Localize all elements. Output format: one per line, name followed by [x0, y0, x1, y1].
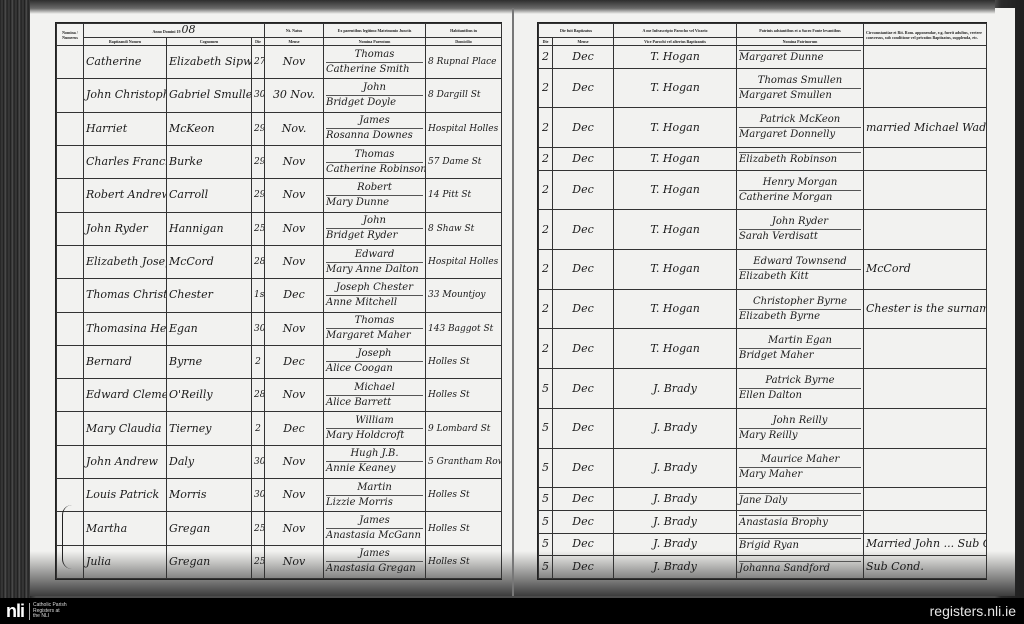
domicile: Holles St: [426, 545, 502, 578]
godfather-name: Patrick Byrne: [739, 375, 861, 389]
birth-month: Nov: [265, 312, 324, 345]
godfather-name: Patrick McKeon: [739, 114, 861, 128]
record-number: [57, 79, 84, 112]
domicile: Holles St: [426, 379, 502, 412]
baptism-record-row: Robert AndrewCarroll29NovRobertMary Dunn…: [57, 179, 502, 212]
header-cognomen: Cognomen: [167, 38, 252, 46]
baptism-month: Dec: [553, 170, 614, 210]
baptized-surname: Gregan: [167, 545, 252, 578]
birth-day: 30: [252, 479, 265, 512]
domicile: 57 Dame St: [426, 145, 502, 178]
left-page-ledger: Nomina / Numerus Anno Domini 19 08 Nt. N…: [55, 22, 502, 580]
birth-month: Nov: [265, 245, 324, 278]
baptized-surname: Carroll: [167, 179, 252, 212]
baptism-record-row: John ChristopherGabriel Smullen3030 Nov.…: [57, 79, 502, 112]
baptism-record-row: JuliaGregan25NovJamesAnastasia GreganHol…: [57, 545, 502, 578]
father-name: John: [326, 82, 423, 96]
mother-name: Mary Anne Dalton: [326, 263, 423, 276]
godmother-name: Bridget Maher: [739, 349, 861, 362]
minister-name: T. Hogan: [614, 108, 737, 148]
baptism-record-row: CatherineElizabeth Sipwell27NovThomasCat…: [57, 46, 502, 79]
baptism-day: 2: [539, 170, 553, 210]
godfather-name: Martin Egan: [739, 335, 861, 349]
parents: JamesAnastasia Gregan: [324, 545, 426, 578]
baptism-detail-row: 5DecJ. BradyPatrick ByrneEllen Dalton: [539, 369, 987, 409]
baptism-month: Dec: [553, 448, 614, 488]
birth-month: Dec: [265, 345, 324, 378]
baptized-name: Bernard: [84, 345, 167, 378]
baptism-record-row: John RyderHannigan25NovJohnBridget Ryder…: [57, 212, 502, 245]
header-notes: Circumstantiae et Rit. Rom. apponendae, …: [864, 24, 987, 46]
sponsors: Edward TownsendElizabeth Kitt: [737, 250, 864, 290]
minister-name: T. Hogan: [614, 170, 737, 210]
godmother-name: Ellen Dalton: [739, 389, 861, 402]
mother-name: Bridget Ryder: [326, 229, 423, 242]
father-name: Hugh J.B.: [326, 448, 423, 462]
baptized-surname: Tierney: [167, 412, 252, 445]
parents: JamesRosanna Downes: [324, 112, 426, 145]
book-gutter: [512, 8, 514, 596]
sponsors: Christopher ByrneElizabeth Byrne: [737, 289, 864, 329]
birth-day: 2: [252, 412, 265, 445]
baptism-day: 5: [539, 408, 553, 448]
father-name: Robert: [326, 182, 423, 196]
minister-name: T. Hogan: [614, 68, 737, 108]
godmother-name: Jane Daly: [739, 494, 861, 507]
baptism-month: Dec: [553, 533, 614, 556]
baptism-day: 2: [539, 108, 553, 148]
domicile: 5 Grantham Row: [426, 445, 502, 478]
father-name: James: [326, 548, 423, 562]
birth-month: Nov: [265, 46, 324, 79]
record-number: [57, 212, 84, 245]
year-handwritten: 08: [182, 24, 196, 37]
baptism-day: 5: [539, 556, 553, 579]
baptized-surname: Morris: [167, 479, 252, 512]
birth-day: 28: [252, 379, 265, 412]
twins-bracket: [62, 505, 73, 569]
circumstances-note: [864, 46, 987, 69]
baptized-surname: McCord: [167, 245, 252, 278]
circumstances-note: married Michael Wade in St. Kevin's Harr…: [864, 108, 987, 148]
parents: MartinLizzie Morris: [324, 479, 426, 512]
baptism-record-row: Edward ClementO'Reilly28NovMichaelAlice …: [57, 379, 502, 412]
parents: JohnBridget Doyle: [324, 79, 426, 112]
register-image-viewer[interactable]: Nomina / Numerus Anno Domini 19 08 Nt. N…: [0, 0, 1024, 598]
mother-name: Bridget Doyle: [326, 96, 423, 109]
minister-name: J. Brady: [614, 488, 737, 511]
book-edge-left: [0, 0, 30, 598]
sponsors: Margaret Dunne: [737, 46, 864, 69]
baptism-detail-row: 2DecT. HoganHenry MorganCatherine Morgan: [539, 170, 987, 210]
birth-month: Nov: [265, 212, 324, 245]
father-name: Joseph Chester: [326, 282, 423, 296]
circumstances-note: [864, 148, 987, 171]
baptized-name: Charles Francis: [84, 145, 167, 178]
minister-name: T. Hogan: [614, 289, 737, 329]
birth-month: Nov: [265, 145, 324, 178]
baptism-detail-row: 2DecT. HoganMargaret Dunne: [539, 46, 987, 69]
minister-name: J. Brady: [614, 533, 737, 556]
parents: ThomasMargaret Maher: [324, 312, 426, 345]
sponsors: Johanna Sandford: [737, 556, 864, 579]
mother-name: Alice Barrett: [326, 396, 423, 409]
parents: ThomasCatherine Robinson: [324, 145, 426, 178]
header-parents-group: Ex parentibus legitimo Matrimonio Juncti…: [324, 24, 426, 38]
baptized-surname: Burke: [167, 145, 252, 178]
baptized-surname: Byrne: [167, 345, 252, 378]
baptized-surname: Egan: [167, 312, 252, 345]
mother-name: Catherine Robinson: [326, 163, 423, 176]
right-page-ledger: Die fuit Baptizatus A me Infrascripto Pa…: [537, 22, 987, 580]
godfather-name: Christopher Byrne: [739, 296, 861, 310]
baptized-name: Thomas Christopher: [84, 279, 167, 312]
birth-month: Nov.: [265, 112, 324, 145]
baptism-day: 5: [539, 533, 553, 556]
godfather-name: John Ryder: [739, 216, 861, 230]
father-name: Joseph: [326, 348, 423, 362]
baptized-name: Edward Clement: [84, 379, 167, 412]
father-name: John: [326, 215, 423, 229]
parents: WilliamMary Holdcroft: [324, 412, 426, 445]
header-baptism-group: Die fuit Baptizatus: [539, 24, 614, 38]
godmother-name: Elizabeth Kitt: [739, 270, 861, 283]
birth-day: 30: [252, 445, 265, 478]
sponsors: Anastasia Brophy: [737, 510, 864, 533]
father-name: Michael: [326, 382, 423, 396]
baptism-record-row: MarthaGregan25NovJamesAnastasia McGannHo…: [57, 512, 502, 545]
baptism-detail-row: 5DecJ. BradyJane Daly: [539, 488, 987, 511]
baptism-record-row: Elizabeth JosephMcCord28NovEdwardMary An…: [57, 245, 502, 278]
birth-day: 27: [252, 46, 265, 79]
baptism-detail-row: 5DecJ. BradyJohn ReillyMary Reilly: [539, 408, 987, 448]
logo-caption: Catholic Parish Registers at the NLI: [33, 603, 73, 620]
mother-name: Alice Coogan: [326, 362, 423, 375]
sponsors: Thomas SmullenMargaret Smullen: [737, 68, 864, 108]
father-name: Thomas: [326, 149, 423, 163]
baptism-record-row: John AndrewDaly30NovHugh J.B.Annie Keane…: [57, 445, 502, 478]
baptism-month: Dec: [553, 329, 614, 369]
circumstances-note: [864, 170, 987, 210]
circumstances-note: [864, 510, 987, 533]
record-number: [57, 345, 84, 378]
baptized-surname: Elizabeth Sipwell: [167, 46, 252, 79]
record-number: [57, 445, 84, 478]
baptized-surname: O'Reilly: [167, 379, 252, 412]
minister-name: T. Hogan: [614, 210, 737, 250]
birth-day: 1st: [252, 279, 265, 312]
baptism-month: Dec: [553, 510, 614, 533]
header-die: Die: [539, 38, 553, 46]
baptism-month: Dec: [553, 556, 614, 579]
baptized-name: Martha: [84, 512, 167, 545]
godmother-name: Mary Maher: [739, 468, 861, 481]
baptized-surname: Chester: [167, 279, 252, 312]
godmother-name: Elizabeth Byrne: [739, 310, 861, 323]
domicile: 8 Rupnal Place: [426, 46, 502, 79]
birth-month: Nov: [265, 512, 324, 545]
baptized-surname: Gregan: [167, 512, 252, 545]
birth-day: 28: [252, 245, 265, 278]
baptized-name: John Ryder: [84, 212, 167, 245]
godmother-name: Margaret Donnelly: [739, 128, 861, 141]
domicile: Hospital Holles St: [426, 112, 502, 145]
circumstances-note: Sub Cond.: [864, 556, 987, 579]
baptized-name: John Christopher: [84, 79, 167, 112]
birth-day: 29: [252, 145, 265, 178]
circumstances-note: Married John ... Sub Conditione: [864, 533, 987, 556]
header-minister-group: A me Infrascripto Parocho vel Vicario: [614, 24, 737, 38]
site-url-link[interactable]: registers.nli.ie: [930, 603, 1016, 619]
baptized-name: Mary Claudia: [84, 412, 167, 445]
parents: RobertMary Dunne: [324, 179, 426, 212]
parents: ThomasCatherine Smith: [324, 46, 426, 79]
mother-name: Annie Keaney: [326, 462, 423, 475]
parents: Joseph ChesterAnne Mitchell: [324, 279, 426, 312]
mother-name: Anne Mitchell: [326, 296, 423, 309]
father-name: William: [326, 415, 423, 429]
domicile: 143 Baggot St: [426, 312, 502, 345]
domicile: 8 Dargill St: [426, 79, 502, 112]
birth-month: Nov: [265, 445, 324, 478]
mother-name: Anastasia McGann: [326, 529, 423, 542]
father-name: Thomas: [326, 49, 423, 63]
minister-name: J. Brady: [614, 369, 737, 409]
circumstances-note: [864, 408, 987, 448]
father-name: Martin: [326, 482, 423, 496]
baptism-detail-row: 2DecT. HoganThomas SmullenMargaret Smull…: [539, 68, 987, 108]
birth-month: Nov: [265, 179, 324, 212]
record-number: [57, 46, 84, 79]
parents: JosephAlice Coogan: [324, 345, 426, 378]
minister-name: J. Brady: [614, 556, 737, 579]
circumstances-note: [864, 488, 987, 511]
mother-name: Lizzie Morris: [326, 496, 423, 509]
baptized-surname: McKeon: [167, 112, 252, 145]
mother-name: Anastasia Gregan: [326, 562, 423, 575]
minister-name: T. Hogan: [614, 329, 737, 369]
godfather-name: John Reilly: [739, 415, 861, 429]
record-number: [57, 412, 84, 445]
baptism-record-row: Charles FrancisBurke29NovThomasCatherine…: [57, 145, 502, 178]
header-sponsors: Nomina Patrinorum: [737, 38, 864, 46]
header-anno-domini: Anno Domini 19 08: [84, 24, 265, 38]
parents: JohnBridget Ryder: [324, 212, 426, 245]
parents: EdwardMary Anne Dalton: [324, 245, 426, 278]
circumstances-note: Chester is the surname of this child: [864, 289, 987, 329]
circumstances-note: [864, 369, 987, 409]
mother-name: Margaret Maher: [326, 329, 423, 342]
baptized-surname: Gabriel Smullen: [167, 79, 252, 112]
record-number: [57, 179, 84, 212]
godmother-name: Anastasia Brophy: [739, 516, 861, 529]
sponsors: Jane Daly: [737, 488, 864, 511]
circumstances-note: [864, 448, 987, 488]
circumstances-note: [864, 210, 987, 250]
baptism-day: 2: [539, 289, 553, 329]
baptism-month: Dec: [553, 68, 614, 108]
baptism-month: Dec: [553, 46, 614, 69]
baptism-record-row: HarrietMcKeon29Nov.JamesRosanna DownesHo…: [57, 112, 502, 145]
record-number: [57, 112, 84, 145]
minister-name: J. Brady: [614, 510, 737, 533]
father-name: Edward: [326, 249, 423, 263]
baptized-name: Harriet: [84, 112, 167, 145]
domicile: 33 Mountjoy: [426, 279, 502, 312]
godmother-name: Brigid Ryan: [739, 539, 861, 552]
header-natus: Nt. Natus: [265, 24, 324, 38]
circumstances-note: [864, 329, 987, 369]
baptism-detail-row: 5DecJ. BradyMaurice MaherMary Maher: [539, 448, 987, 488]
baptized-name: Elizabeth Joseph: [84, 245, 167, 278]
godmother-name: Elizabeth Robinson: [739, 153, 861, 166]
birth-month: Nov: [265, 545, 324, 578]
baptism-day: 5: [539, 369, 553, 409]
sponsors: John RyderSarah Verdisatt: [737, 210, 864, 250]
baptism-detail-row: 5DecJ. BradyJohanna SandfordSub Cond.: [539, 556, 987, 579]
godfather-name: Edward Townsend: [739, 256, 861, 270]
circumstances-note: [864, 68, 987, 108]
sponsors: Henry MorganCatherine Morgan: [737, 170, 864, 210]
sponsors: Patrick McKeonMargaret Donnelly: [737, 108, 864, 148]
godfather-name: Thomas Smullen: [739, 75, 861, 89]
baptism-record-row: Thomas ChristopherChester1stDecJoseph Ch…: [57, 279, 502, 312]
birth-day: 30: [252, 312, 265, 345]
godmother-name: Catherine Morgan: [739, 191, 861, 204]
minister-name: T. Hogan: [614, 46, 737, 69]
sponsors: Maurice MaherMary Maher: [737, 448, 864, 488]
baptism-day: 2: [539, 68, 553, 108]
mother-name: Mary Holdcroft: [326, 429, 423, 442]
mother-name: Rosanna Downes: [326, 129, 423, 142]
mother-name: Mary Dunne: [326, 196, 423, 209]
domicile: Holles St: [426, 345, 502, 378]
domicile: 14 Pitt St: [426, 179, 502, 212]
baptism-day: 5: [539, 448, 553, 488]
baptism-record-row: Mary ClaudiaTierney2DecWilliamMary Holdc…: [57, 412, 502, 445]
baptism-month: Dec: [553, 289, 614, 329]
baptism-day: 2: [539, 46, 553, 69]
minister-name: J. Brady: [614, 408, 737, 448]
nli-logo[interactable]: nli: [6, 602, 24, 620]
baptism-detail-row: 5DecJ. BradyAnastasia Brophy: [539, 510, 987, 533]
baptism-day: 2: [539, 250, 553, 290]
father-name: James: [326, 115, 423, 129]
minister-name: T. Hogan: [614, 148, 737, 171]
godmother-name: Mary Reilly: [739, 429, 861, 442]
record-number: [57, 279, 84, 312]
birth-day: 25: [252, 212, 265, 245]
header-parents: Nomina Parentum: [324, 38, 426, 46]
godmother-name: Johanna Sandford: [739, 562, 861, 575]
footer-bar: nli Catholic Parish Registers at the NLI…: [0, 598, 1024, 624]
baptism-detail-row: 2DecT. HoganPatrick McKeonMargaret Donne…: [539, 108, 987, 148]
baptism-record-row: Thomasina HelenEgan30NovThomasMargaret M…: [57, 312, 502, 345]
header-mense: Mense: [553, 38, 614, 46]
baptism-month: Dec: [553, 210, 614, 250]
parents: MichaelAlice Barrett: [324, 379, 426, 412]
baptism-day: 2: [539, 210, 553, 250]
domicile: 9 Lombard St: [426, 412, 502, 445]
record-number: [57, 145, 84, 178]
header-habitantibus: Habitantibus in: [426, 24, 502, 38]
birth-month: Dec: [265, 279, 324, 312]
record-number: [57, 379, 84, 412]
birth-day: 25: [252, 545, 265, 578]
baptism-detail-row: 2DecT. HoganMartin EganBridget Maher: [539, 329, 987, 369]
baptism-detail-row: 5DecJ. BradyBrigid RyanMarried John ... …: [539, 533, 987, 556]
birth-day: 2: [252, 345, 265, 378]
baptism-month: Dec: [553, 408, 614, 448]
domicile: Hospital Holles St: [426, 245, 502, 278]
birth-month: 30 Nov.: [265, 79, 324, 112]
minister-name: T. Hogan: [614, 250, 737, 290]
baptized-name: Catherine: [84, 46, 167, 79]
baptism-month: Dec: [553, 488, 614, 511]
birth-day: 30: [252, 79, 265, 112]
birth-day: 29: [252, 112, 265, 145]
baptism-day: 2: [539, 148, 553, 171]
birth-month: Dec: [265, 412, 324, 445]
circumstances-note: McCord: [864, 250, 987, 290]
baptism-month: Dec: [553, 148, 614, 171]
baptism-detail-row: 2DecT. HoganChristopher ByrneElizabeth B…: [539, 289, 987, 329]
record-number: [57, 245, 84, 278]
header-domicilio: Domicilio: [426, 38, 502, 46]
birth-day: 29: [252, 179, 265, 212]
godmother-name: Sarah Verdisatt: [739, 230, 861, 243]
baptism-month: Dec: [553, 108, 614, 148]
baptized-name: Julia: [84, 545, 167, 578]
birth-month: Nov: [265, 479, 324, 512]
sponsors: Brigid Ryan: [737, 533, 864, 556]
baptism-day: 5: [539, 510, 553, 533]
header-nomen: Baptizandi Nomen: [84, 38, 167, 46]
baptism-detail-row: 2DecT. HoganJohn RyderSarah Verdisatt: [539, 210, 987, 250]
father-name: Thomas: [326, 315, 423, 329]
sponsors: John ReillyMary Reilly: [737, 408, 864, 448]
domicile: Holles St: [426, 512, 502, 545]
baptized-name: Thomasina Helen: [84, 312, 167, 345]
domicile: 8 Shaw St: [426, 212, 502, 245]
baptized-name: Robert Andrew: [84, 179, 167, 212]
baptism-record-row: BernardByrne2DecJosephAlice CooganHolles…: [57, 345, 502, 378]
baptism-month: Dec: [553, 250, 614, 290]
baptism-day: 5: [539, 488, 553, 511]
baptized-surname: Daly: [167, 445, 252, 478]
godfather-name: Henry Morgan: [739, 177, 861, 191]
baptism-day: 2: [539, 329, 553, 369]
baptized-surname: Hannigan: [167, 212, 252, 245]
godmother-name: Margaret Dunne: [739, 51, 861, 64]
header-mense: Mense: [265, 38, 324, 46]
baptism-detail-row: 2DecT. HoganEdward TownsendElizabeth Kit…: [539, 250, 987, 290]
parents: Hugh J.B.Annie Keaney: [324, 445, 426, 478]
baptism-record-row: Louis PatrickMorris30NovMartinLizzie Mor…: [57, 479, 502, 512]
baptized-name: Louis Patrick: [84, 479, 167, 512]
header-die: Die: [252, 38, 265, 46]
baptized-name: John Andrew: [84, 445, 167, 478]
logo-divider: [29, 603, 30, 620]
header-numerus: Nomina / Numerus: [57, 24, 84, 46]
baptism-month: Dec: [553, 369, 614, 409]
sponsors: Patrick ByrneEllen Dalton: [737, 369, 864, 409]
godmother-name: Margaret Smullen: [739, 89, 861, 102]
birth-day: 25: [252, 512, 265, 545]
mother-name: Catherine Smith: [326, 63, 423, 76]
domicile: Holles St: [426, 479, 502, 512]
header-minister: Vice Parochi vel alterius Baptizantis: [614, 38, 737, 46]
